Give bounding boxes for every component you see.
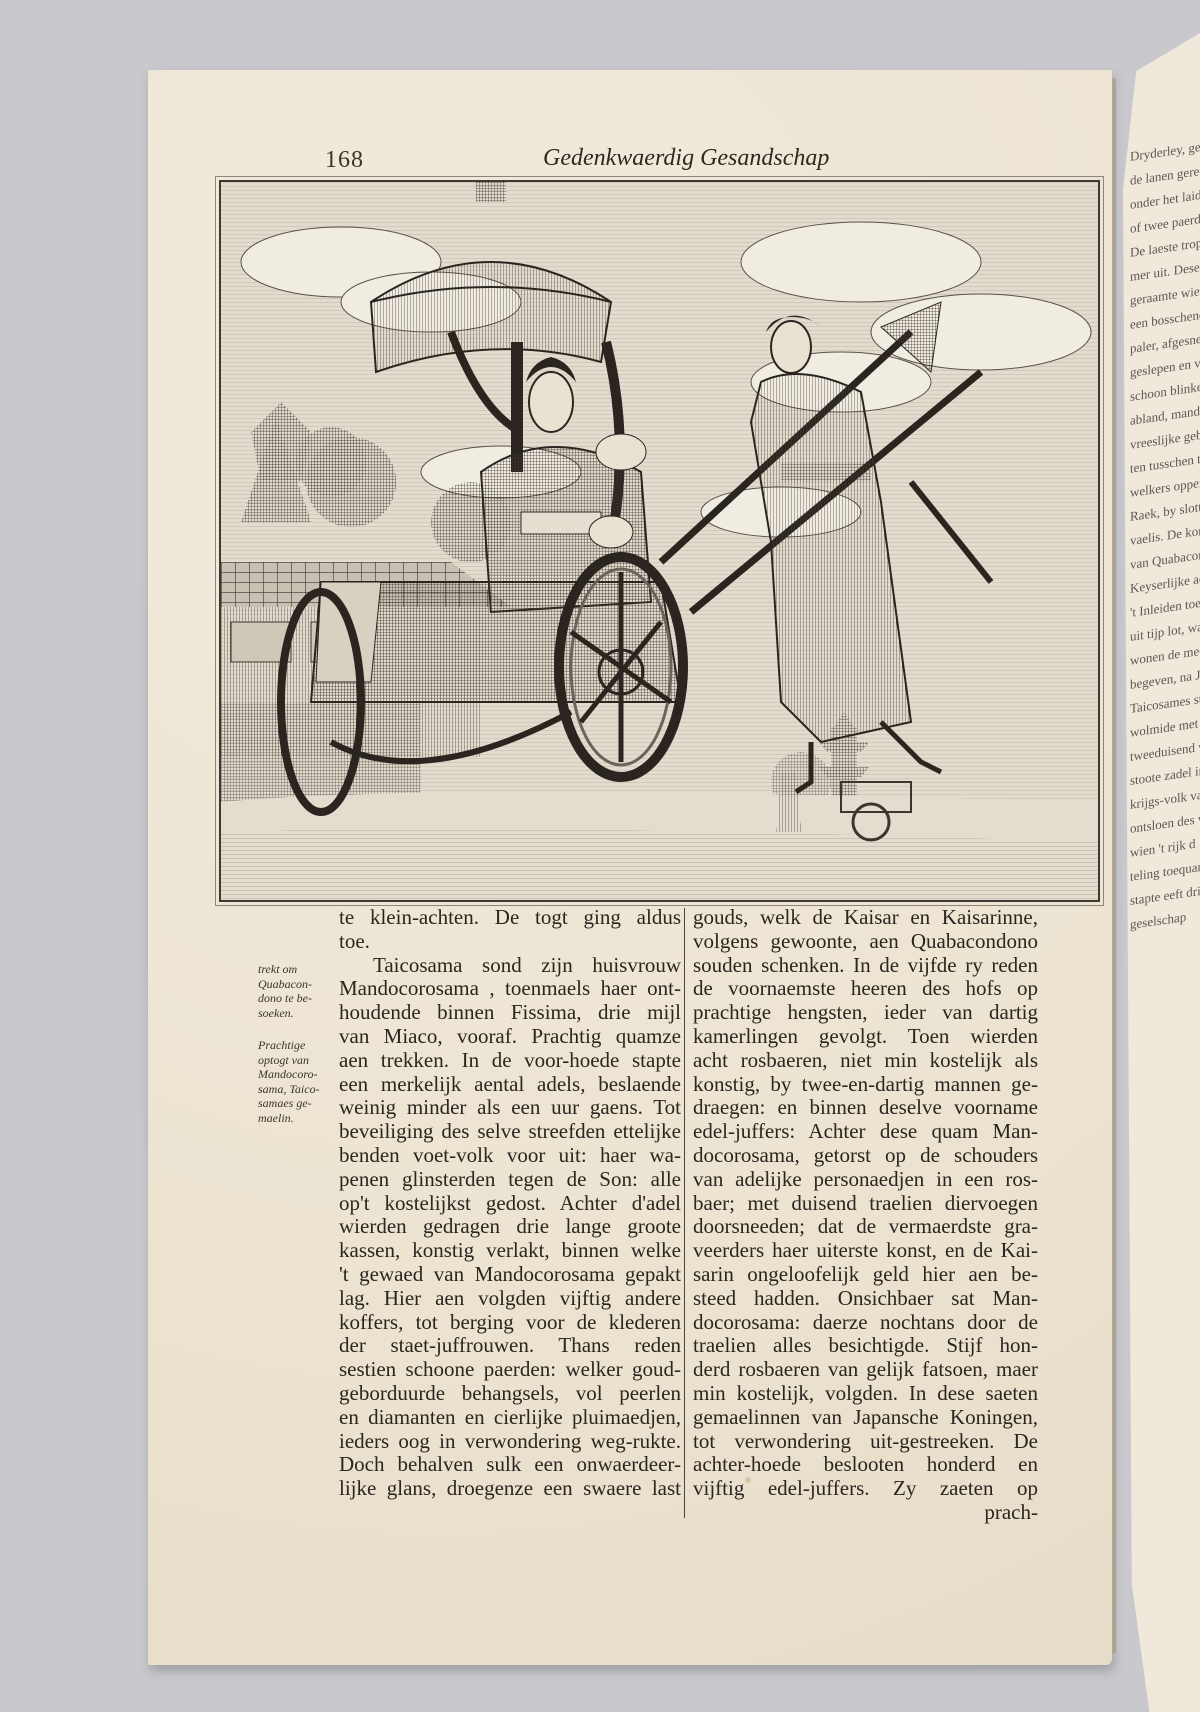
- text-line: wierden gedragen drie lange groote: [339, 1215, 681, 1239]
- text-line: beveiliging des selve streefden ettelijk…: [339, 1120, 681, 1144]
- text-line: van Miaco, vooraf. Prachtig quamze: [339, 1025, 681, 1049]
- text-line: konstig, by twee-en-dartig mannen ge-: [693, 1073, 1038, 1097]
- margin-note-line: sama, Taico-: [258, 1082, 338, 1097]
- text-line: geborduurde behangsels, vol peerlen: [339, 1382, 681, 1406]
- text-line: prachtige hengsten, ieder van dartig: [693, 1001, 1038, 1025]
- margin-note-line: dono te be-: [258, 991, 338, 1006]
- text-line: gemaelinnen van Japansche Koningen,: [693, 1406, 1038, 1430]
- text-line: lag. Hier aen volgden vijftig andere: [339, 1287, 681, 1311]
- text-line: traelien alles besichtigde. Stijf hon-: [693, 1334, 1038, 1358]
- text-line: achter-hoede beslooten honderd en: [693, 1453, 1038, 1477]
- text-line: Taicosama sond zijn huisvrouw: [339, 954, 681, 978]
- text-line: docorosama, getorst op de schouders: [693, 1144, 1038, 1168]
- text-column-right: gouds, welk de Kaisar en Kaisarinne,volg…: [693, 906, 1038, 1525]
- margin-note-line: optogt van: [258, 1053, 338, 1068]
- text-line: sarin ongeloofelijk geld hier aen be-: [693, 1263, 1038, 1287]
- running-title: Gedenkwaerdig Gesandschap: [543, 145, 829, 172]
- text-line: van adelijke personaedjen in een ros-: [693, 1168, 1038, 1192]
- text-line: en diamanten en cierlijke pluimaedjen,: [339, 1406, 681, 1430]
- margin-notes: trekt om Quabacon- dono te be- soeken. P…: [258, 962, 338, 1143]
- margin-note-line: maelin.: [258, 1111, 338, 1126]
- text-line: derd rosbaeren van gelijk fatsoen, maer: [693, 1358, 1038, 1382]
- text-line: koffers, tot berging voor de klederen: [339, 1311, 681, 1335]
- text-line: baer; met duisend traelien diervoegen: [693, 1192, 1038, 1216]
- margin-note-1: trekt om Quabacon- dono te be- soeken.: [258, 962, 338, 1020]
- text-line: Doch behalven sulk een onwaerdeer-: [339, 1453, 681, 1477]
- text-line: sestien schoone paerden: welker goud-: [339, 1358, 681, 1382]
- text-column-left: te klein-achten. De togt ging aldustoe.T…: [339, 906, 681, 1501]
- text-line: kamerlingen gevolgt. Toen wierden: [693, 1025, 1038, 1049]
- text-line: min kostelijk, volgden. In dese saeten: [693, 1382, 1038, 1406]
- text-line: penen glinsterden tegen de Son: alle: [339, 1168, 681, 1192]
- text-line: prach-: [693, 1501, 1038, 1525]
- margin-note-line: soeken.: [258, 1006, 338, 1021]
- engraving-illustration: [221, 182, 1098, 900]
- margin-note-line: samaes ge-: [258, 1096, 338, 1111]
- text-line: kassen, konstig verlakt, binnen welke: [339, 1239, 681, 1263]
- text-line: der staet-juffrouwen. Thans reden: [339, 1334, 681, 1358]
- text-line: houdende binnen Fissima, drie mijl: [339, 1001, 681, 1025]
- margin-note-line: trekt om: [258, 962, 338, 977]
- text-line: benden voet-volk voor uit: haer wa-: [339, 1144, 681, 1168]
- margin-note-2: Prachtige optogt van Mandocoro- sama, Ta…: [258, 1038, 338, 1125]
- text-line: weinig minder als een uur gaens. Tot: [339, 1096, 681, 1120]
- margin-note-line: Quabacon-: [258, 977, 338, 992]
- text-line: draegen: en binnen deselve voorname: [693, 1096, 1038, 1120]
- text-line: te klein-achten. De togt ging aldus: [339, 906, 681, 930]
- text-line: toe.: [339, 930, 681, 954]
- text-line: 't gewaed van Mandocorosama gepakt: [339, 1263, 681, 1287]
- text-line: gouds, welk de Kaisar en Kaisarinne,: [693, 906, 1038, 930]
- text-line: lijke glans, droegenze een swaere last: [339, 1477, 681, 1501]
- text-line: een merkelijk aental adels, beslaende: [339, 1073, 681, 1097]
- text-line: volgens gewoonte, aen Quabacondono: [693, 930, 1038, 954]
- column-rule: [684, 908, 685, 1518]
- text-line: edel-juffers: Achter dese quam Man-: [693, 1120, 1038, 1144]
- text-line: acht rosbaeren, niet min kostelijk als: [693, 1049, 1038, 1073]
- text-line: de voornaemste heeren des hofs op: [693, 977, 1038, 1001]
- engraving-plate: [219, 180, 1100, 902]
- text-line: tot verwondering uit-gestreeken. De: [693, 1430, 1038, 1454]
- margin-note-line: Prachtige: [258, 1038, 338, 1053]
- text-line: docorosama: daerze nochtans door de: [693, 1311, 1038, 1335]
- text-line: steed hadden. Onsichbaer sat Man-: [693, 1287, 1038, 1311]
- text-line: aen trekken. In de voor-hoede stapte: [339, 1049, 681, 1073]
- text-line: Mandocorosama , toenmaels haer ont-: [339, 977, 681, 1001]
- text-line: souden schenken. In de vijfde ry reden: [693, 954, 1038, 978]
- page-header: 168 Gedenkwaerdig Gesandschap: [325, 145, 1065, 179]
- text-line: doorsneeden; dat de vermaerdste gra-: [693, 1215, 1038, 1239]
- text-line: op't kostelijkst gedost. Achter d'adel: [339, 1192, 681, 1216]
- margin-note-line: Mandocoro-: [258, 1067, 338, 1082]
- page-number: 168: [325, 147, 364, 174]
- facing-page-text: Dryderley, gekleede paerdde lanen gereed…: [1130, 140, 1200, 1580]
- ink-stain: [745, 1477, 751, 1483]
- text-line: ieders oog in verwondering weg-rukte.: [339, 1430, 681, 1454]
- text-line: veerders haer uiterste konst, en de Kai-: [693, 1239, 1038, 1263]
